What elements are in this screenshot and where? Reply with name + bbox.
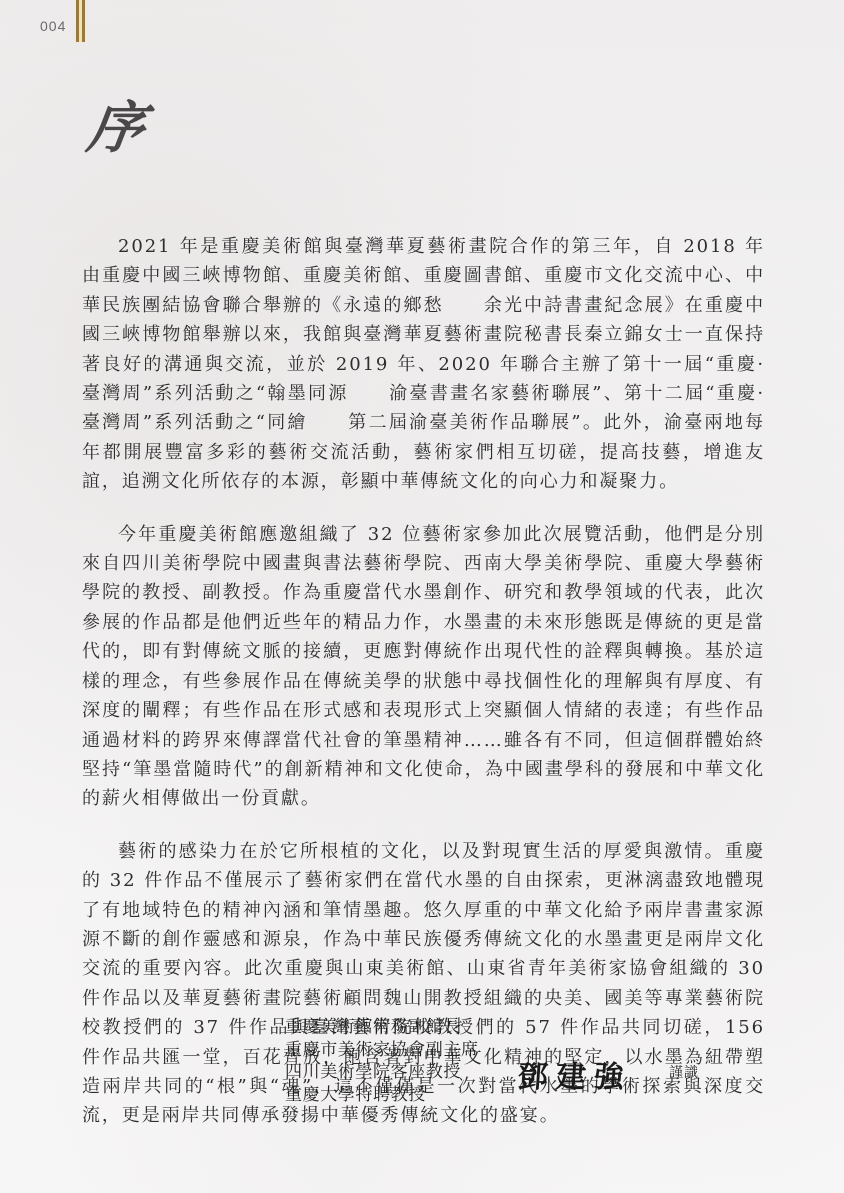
signature-suffix: 謹識 <box>669 1062 699 1082</box>
gold-decorative-bars <box>76 0 85 42</box>
page-title: 序 <box>84 98 148 158</box>
author-signature: 鄧建強 <box>516 1052 633 1096</box>
author-titles: 重慶美術館常務副館長 重慶市美術家協會副主席 四川美術學院客座教授 重慶大學特聘… <box>285 1016 479 1106</box>
author-title-1: 重慶美術館常務副館長 <box>285 1016 479 1039</box>
paragraph-1: 2021 年是重慶美術館與臺灣華夏藝術畫院合作的第三年，自 2018 年由重慶中… <box>82 232 765 497</box>
page-number: 004 <box>40 18 66 34</box>
paragraph-2: 今年重慶美術館應邀組織了 32 位藝術家參加此次展覽活動，他們是分別來自四川美術… <box>82 520 765 814</box>
gold-bar-right <box>82 0 85 42</box>
signature-block: 重慶美術館常務副館長 重慶市美術家協會副主席 四川美術學院客座教授 重慶大學特聘… <box>285 1016 745 1116</box>
author-title-2: 重慶市美術家協會副主席 <box>285 1039 479 1062</box>
author-title-4: 重慶大學特聘教授 <box>285 1084 479 1107</box>
author-title-3: 四川美術學院客座教授 <box>285 1061 479 1084</box>
